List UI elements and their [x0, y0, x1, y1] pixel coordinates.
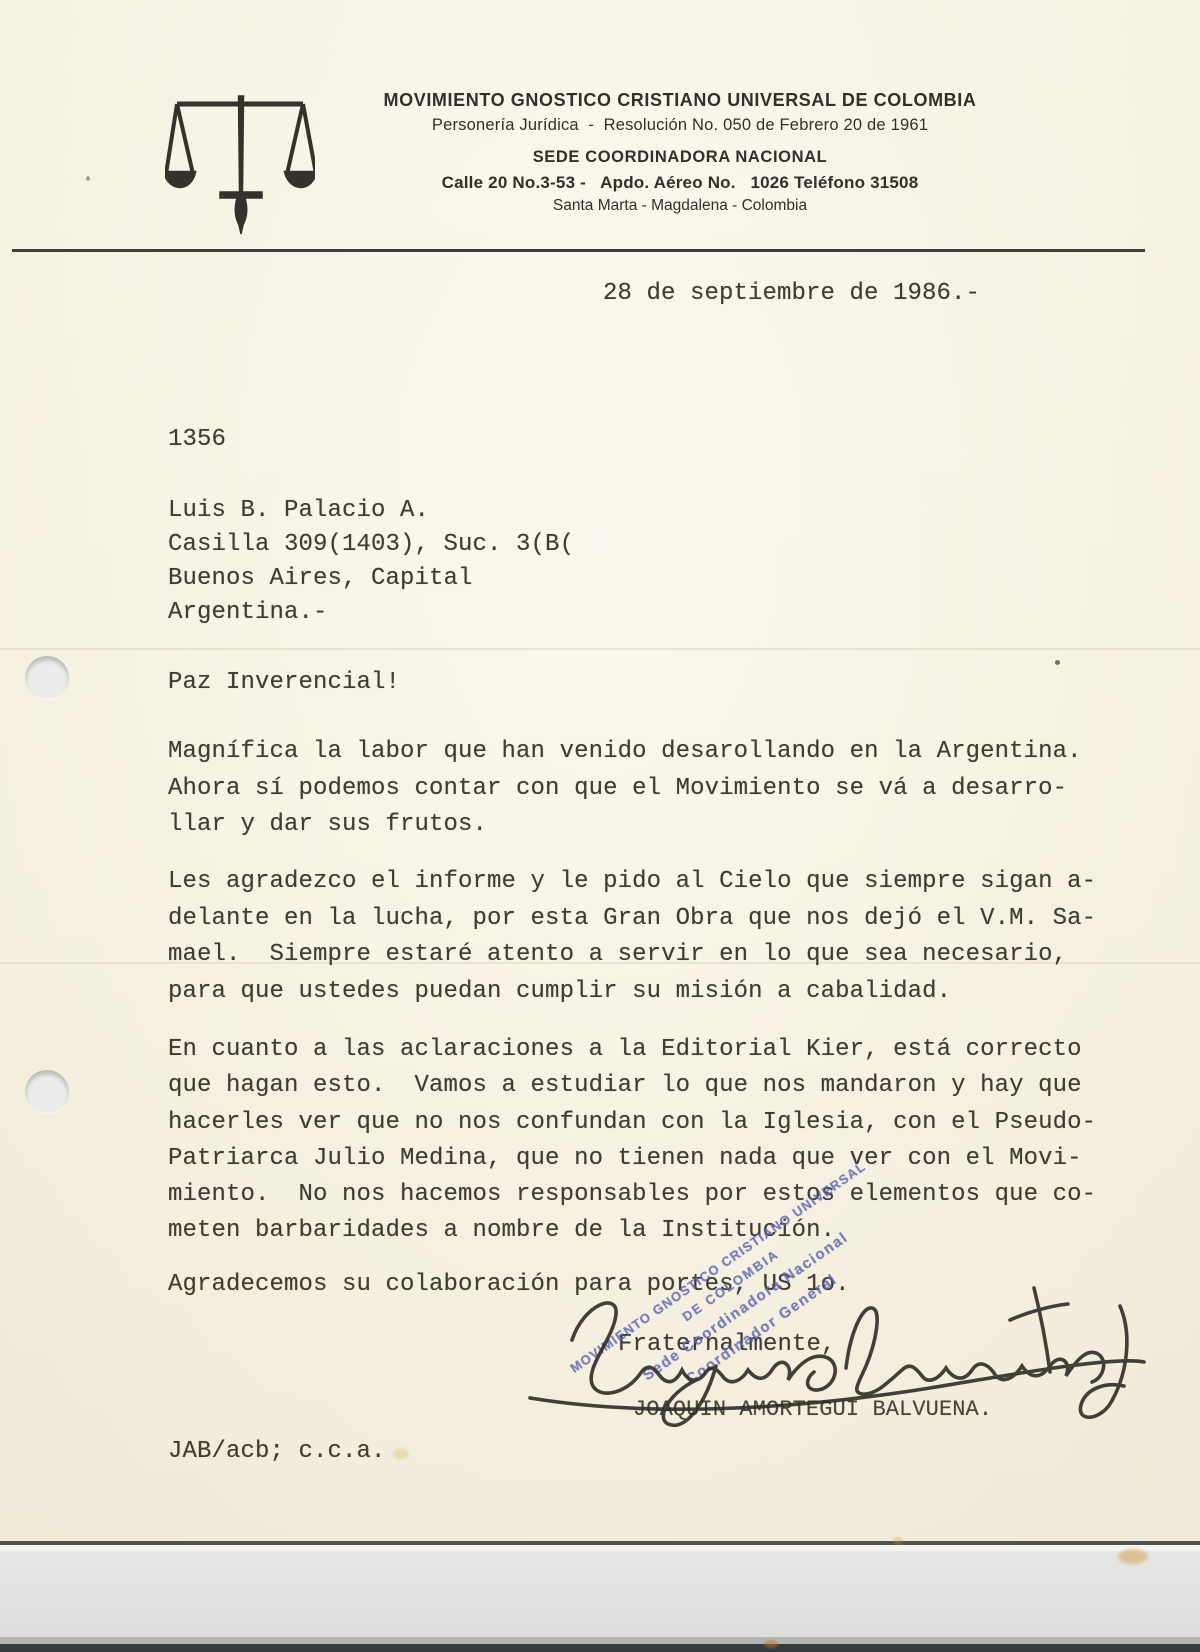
body-line: Ahora sí podemos contar con que el Movim… [168, 775, 1067, 803]
letterhead-divider [12, 249, 1145, 252]
legal-line: Personería Jurídica - Resolución No. 050… [300, 116, 1060, 135]
paper-stain [393, 1448, 409, 1459]
body-line: llar y dar sus frutos. [168, 811, 487, 839]
recipient-country: Argentina.- [168, 599, 328, 627]
body-line: miento. No nos hacemos responsables por … [168, 1181, 1096, 1209]
scan-bottom-band [0, 1644, 1200, 1652]
scanner-background [0, 1551, 1200, 1637]
signature-scrawl [510, 1270, 1150, 1445]
ink-speck [86, 176, 90, 181]
body-line: Les agradezco el informe y le pido al Ci… [168, 868, 1096, 896]
recipient-address: Casilla 309(1403), Suc. 3(B( [168, 531, 574, 559]
body-line: Magnífica la labor que han venido desaro… [168, 738, 1082, 766]
body-line: En cuanto a las aclaraciones a la Editor… [168, 1036, 1082, 1064]
salutation: Paz Inverencial! [168, 669, 400, 697]
city-line: Santa Marta - Magdalena - Colombia [300, 197, 1060, 215]
date-line: 28 de septiembre de 1986.- [603, 280, 980, 308]
initials-line: JAB/acb; c.c.a. [168, 1438, 386, 1466]
paper-stain [893, 1537, 903, 1544]
recipient-city: Buenos Aires, Capital [168, 565, 473, 593]
office-line: SEDE COORDINADORA NACIONAL [300, 148, 1060, 167]
scales-of-justice-logo [165, 82, 315, 237]
hole-punch [25, 656, 69, 700]
body-line: hacerles ver que no nos confundan con la… [168, 1109, 1096, 1137]
body-line: para que ustedes puedan cumplir su misió… [168, 978, 951, 1006]
ink-speck [1055, 660, 1060, 665]
scanned-letter: MOVIMIENTO GNOSTICO CRISTIANO UNIVERSAL … [0, 0, 1200, 1652]
body-line: mael. Siempre estaré atento a servir en … [168, 941, 1067, 969]
body-line: meten barbaridades a nombre de la Instit… [168, 1217, 835, 1245]
paper-stain [764, 1640, 778, 1648]
body-line: Patriarca Julio Medina, que no tienen na… [168, 1145, 1082, 1173]
hole-punch [25, 1070, 69, 1114]
paper-stain [1118, 1549, 1148, 1564]
fold-crease [0, 648, 1200, 650]
scan-gap-shadow [0, 1637, 1200, 1644]
recipient-name: Luis B. Palacio A. [168, 497, 429, 525]
org-name: MOVIMIENTO GNOSTICO CRISTIANO UNIVERSAL … [300, 90, 1060, 111]
reference-number: 1356 [168, 426, 226, 454]
body-line: que hagan esto. Vamos a estudiar lo que … [168, 1072, 1082, 1100]
street-line: Calle 20 No.3-53 - Apdo. Aéreo No. 1026 … [300, 173, 1060, 193]
body-line: delante en la lucha, por esta Gran Obra … [168, 905, 1096, 933]
